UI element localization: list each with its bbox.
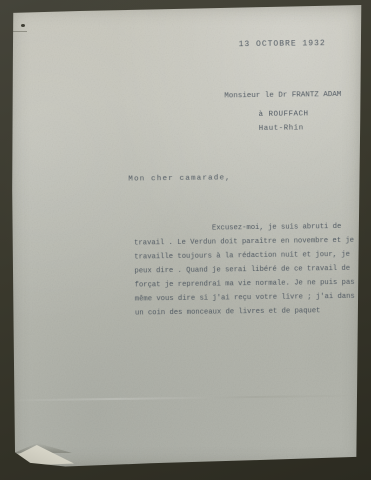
recipient-name: Monsieur le Dr FRANTZ ADAM bbox=[224, 91, 341, 100]
body-line: même vous dire si j'ai reçu votre livre … bbox=[135, 290, 370, 307]
scanned-letter-page: 13 OCTOBRE 1932 Monsieur le Dr FRANTZ AD… bbox=[0, 0, 371, 480]
letter-paper: 13 OCTOBRE 1932 Monsieur le Dr FRANTZ AD… bbox=[9, 5, 362, 467]
letter-date: 13 OCTOBRE 1932 bbox=[239, 39, 326, 49]
recipient-block: Monsieur le Dr FRANTZ ADAM à ROUFFACH Ha… bbox=[224, 91, 342, 133]
recipient-region: Haut-Rhin bbox=[259, 124, 342, 133]
salutation: Mon cher camarade, bbox=[128, 174, 231, 183]
letter-content: 13 OCTOBRE 1932 Monsieur le Dr FRANTZ AD… bbox=[6, 1, 365, 467]
body-paragraph: Excusez-moi, je suis abruti de travail .… bbox=[134, 220, 370, 321]
recipient-city: à ROUFFACH bbox=[258, 110, 341, 119]
body-line: un coin des monceaux de livres et de paq… bbox=[135, 304, 370, 321]
